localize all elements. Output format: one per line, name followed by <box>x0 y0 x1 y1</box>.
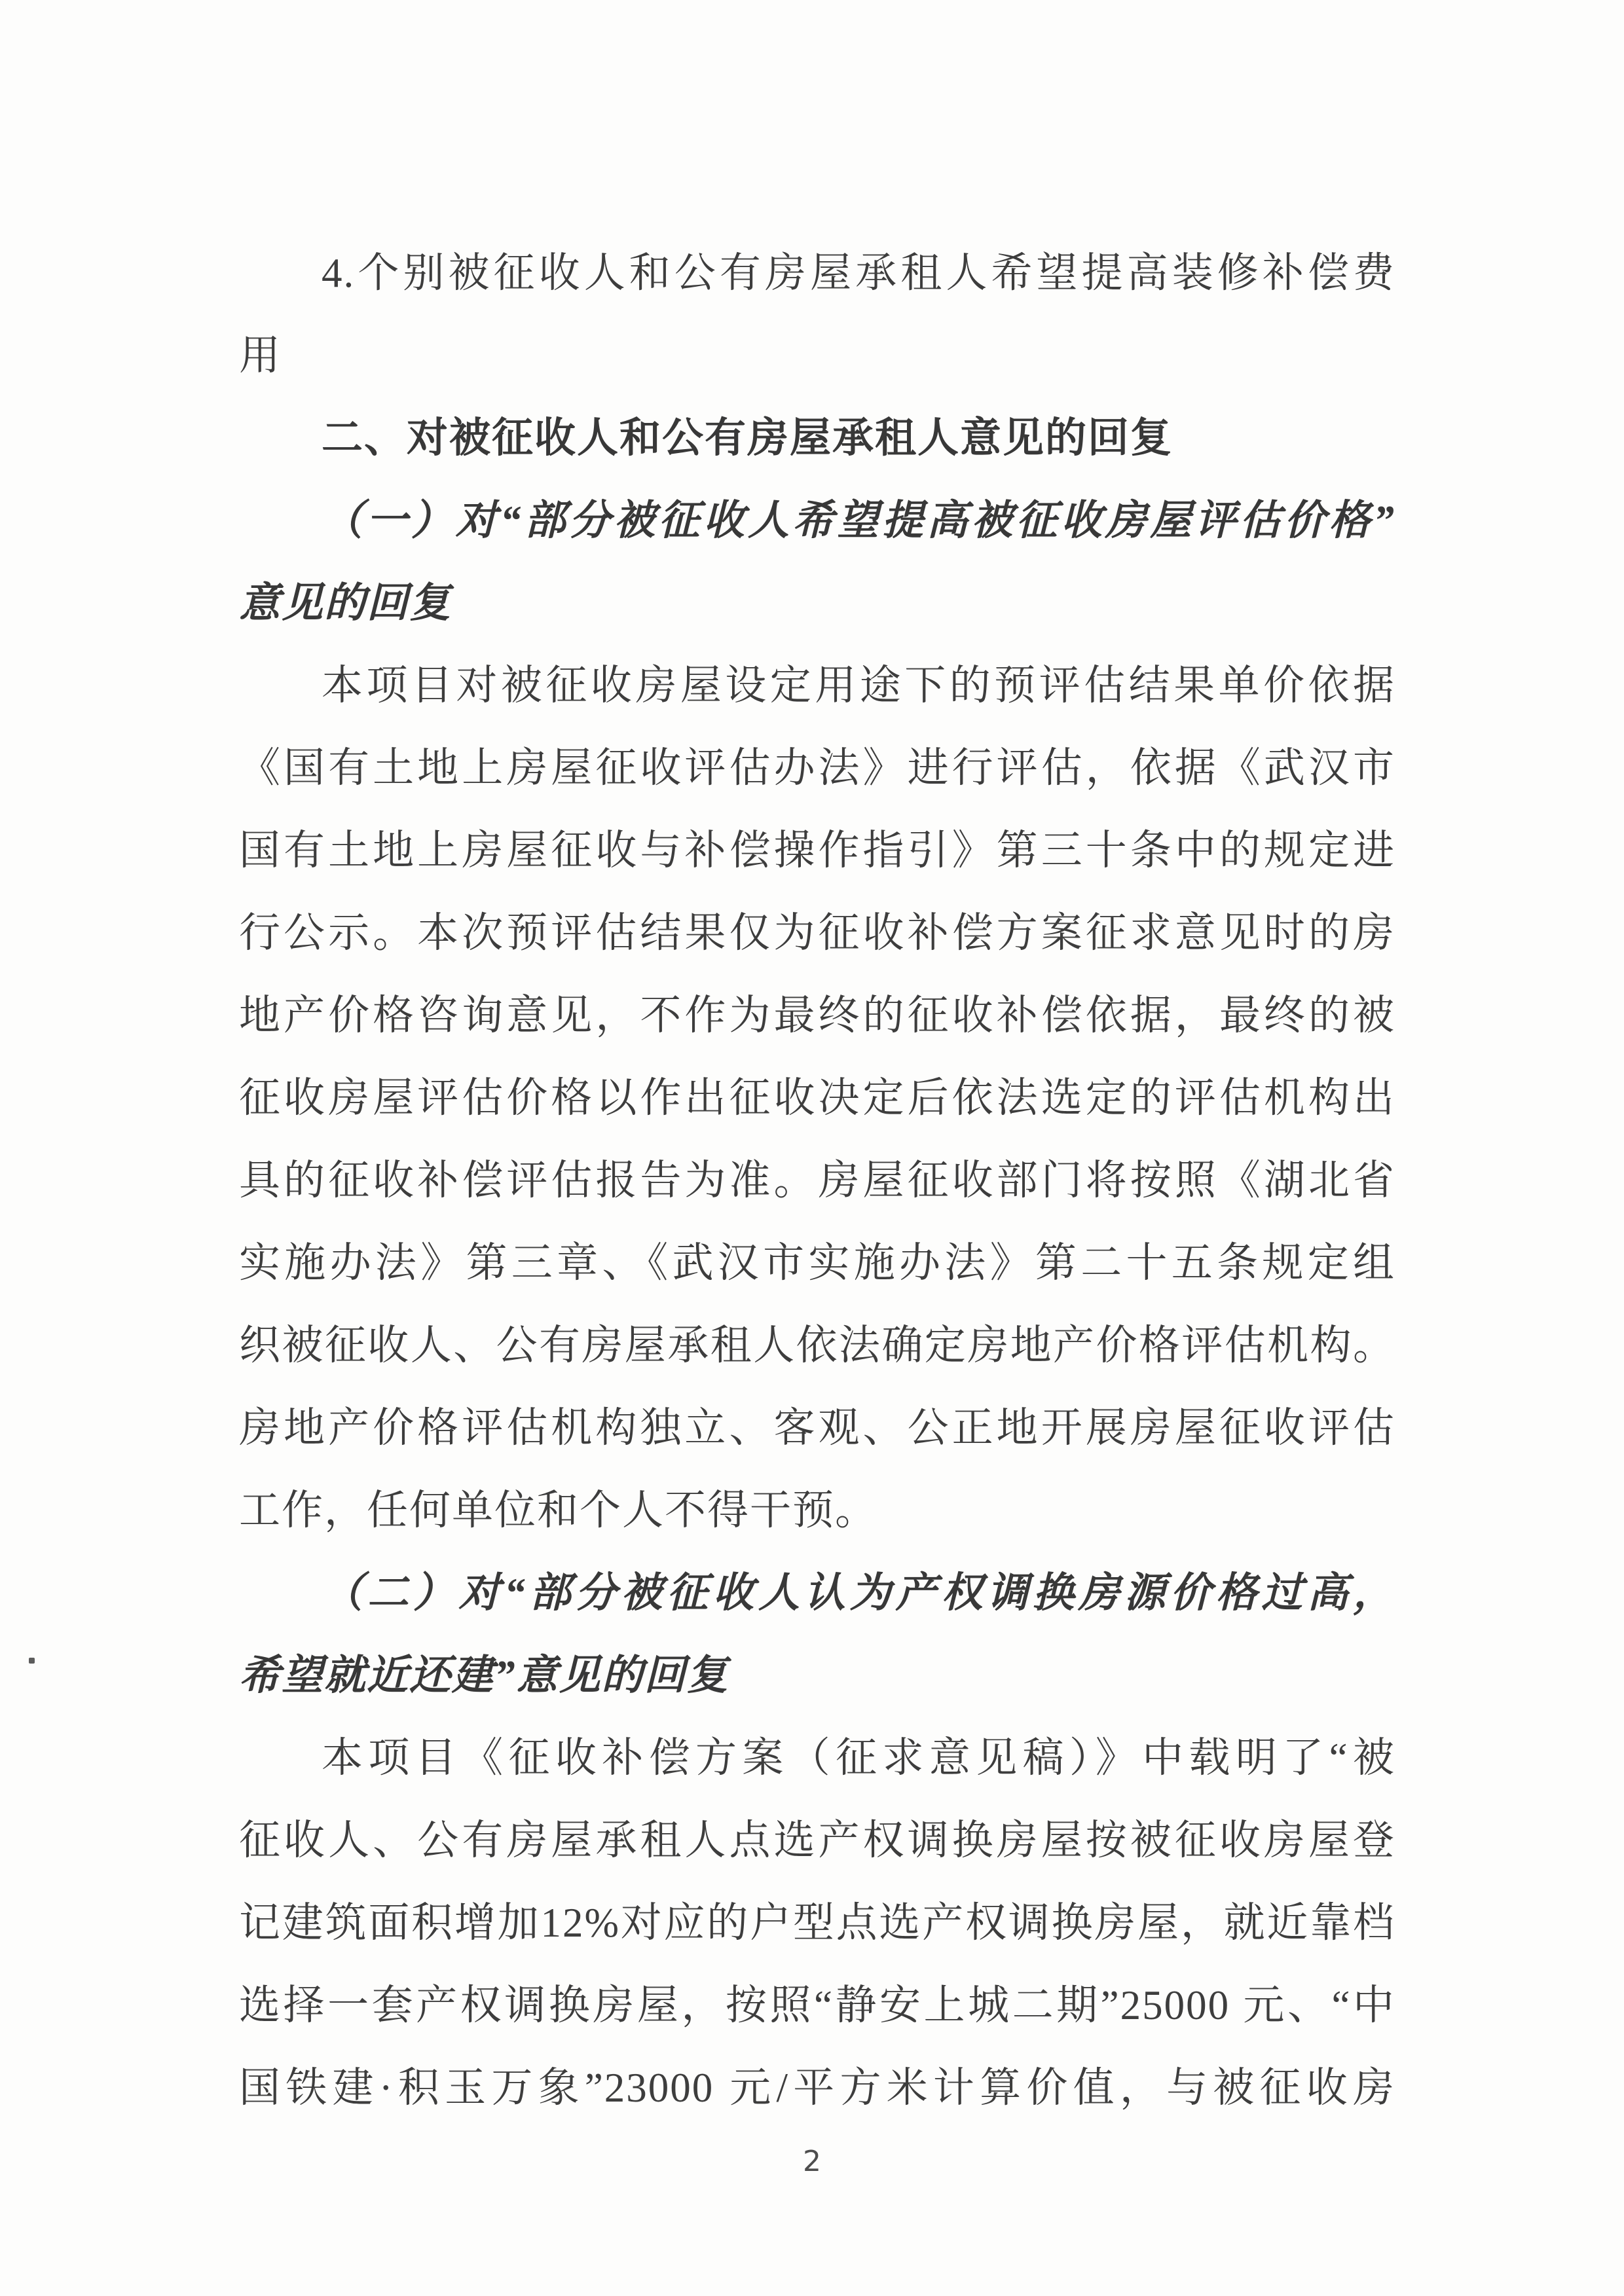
text-line: 征收房屋评估价格以作出征收决定后依法选定的评估机构出 <box>239 1057 1395 1139</box>
text-line: 征收人、公有房屋承租人点选产权调换房屋按被征收房屋登 <box>239 1799 1395 1882</box>
page-number: 2 <box>0 2142 1624 2181</box>
text-line: 房地产价格评估机构独立、客观、公正地开展房屋征收评估 <box>239 1387 1395 1469</box>
subsection-heading: （一）对“部分被征收人希望提高被征收房屋评估价格” <box>239 479 1395 562</box>
subsection-heading: （二）对“部分被征收人认为产权调换房源价格过高， <box>239 1552 1395 1634</box>
text-line: 具的征收补偿评估报告为准。房屋征收部门将按照《湖北省 <box>239 1139 1395 1222</box>
text-line: 《国有土地上房屋征收评估办法》进行评估，依据《武汉市 <box>239 727 1395 809</box>
text-line: 地产价格咨询意见，不作为最终的征收补偿依据，最终的被 <box>239 974 1395 1057</box>
text-line: 用 <box>239 314 1395 397</box>
text-line: 织被征收人、公有房屋承租人依法确定房地产价格评估机构。 <box>239 1304 1395 1387</box>
text-line: 工作，任何单位和个人不得干预。 <box>239 1469 1395 1552</box>
text-line: 本项目《征收补偿方案（征求意见稿）》中载明了“被 <box>239 1717 1395 1799</box>
text-line: 4.个别被征收人和公有房屋承租人希望提高装修补偿费 <box>239 232 1395 314</box>
subsection-heading: 希望就近还建”意见的回复 <box>239 1634 1395 1717</box>
text-line: 国有土地上房屋征收与补偿操作指引》第三十条中的规定进 <box>239 809 1395 892</box>
section-heading: 二、对被征收人和公有房屋承租人意见的回复 <box>239 397 1395 479</box>
text-line: 行公示。本次预评估结果仅为征收补偿方案征求意见时的房 <box>239 892 1395 974</box>
document-body-text: 4.个别被征收人和公有房屋承租人希望提高装修补偿费 用 二、对被征收人和公有房屋… <box>239 232 1395 2129</box>
document-page: 4.个别被征收人和公有房屋承租人希望提高装修补偿费 用 二、对被征收人和公有房屋… <box>0 0 1624 2296</box>
text-line: 选择一套产权调换房屋，按照“静安上城二期”25000 元、“中 <box>239 1964 1395 2047</box>
text-line: 国铁建·积玉万象”23000 元/平方米计算价值，与被征收房 <box>239 2047 1395 2129</box>
text-line: 实施办法》第三章、《武汉市实施办法》第二十五条规定组 <box>239 1222 1395 1304</box>
subsection-heading: 意见的回复 <box>239 562 1395 644</box>
text-line: 本项目对被征收房屋设定用途下的预评估结果单价依据 <box>239 644 1395 727</box>
scan-artifact-dot <box>29 1658 35 1664</box>
text-line: 记建筑面积增加12%对应的户型点选产权调换房屋，就近靠档 <box>239 1882 1395 1964</box>
